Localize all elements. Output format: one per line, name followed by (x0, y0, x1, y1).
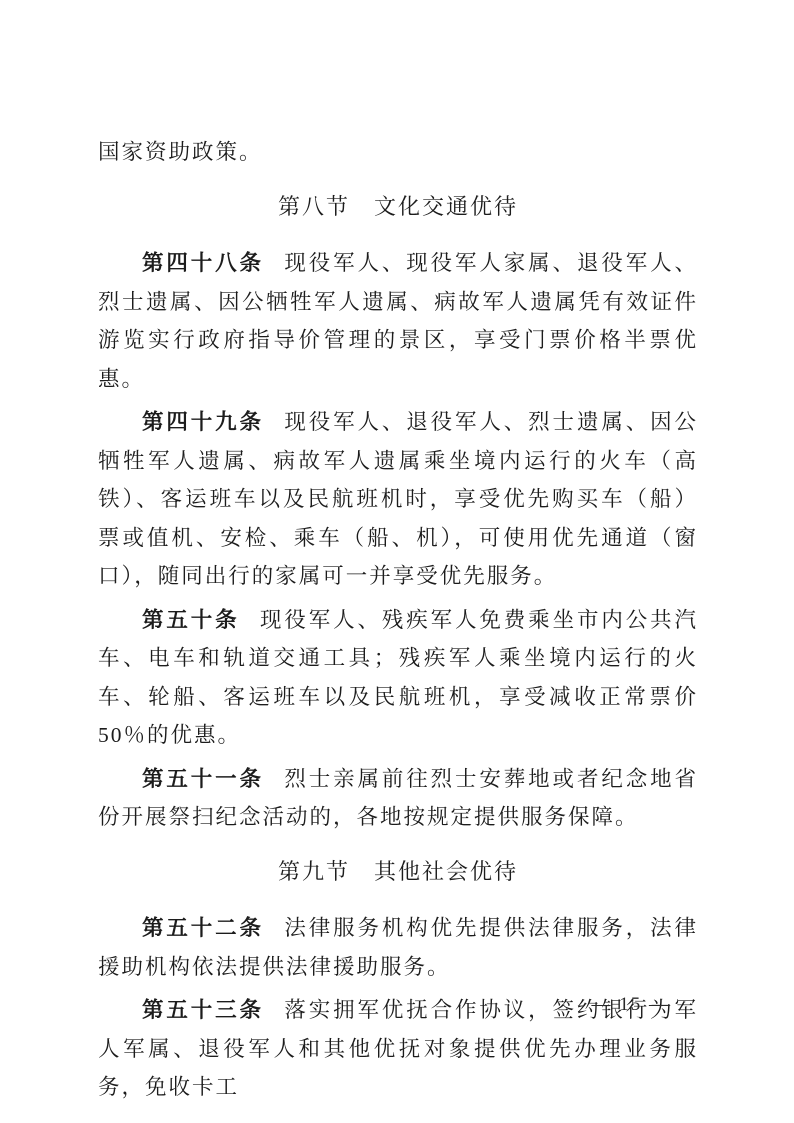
article-52-label: 第五十二条 (142, 916, 264, 940)
article-53-label: 第五十三条 (142, 998, 264, 1022)
document-page: 国家资助政策。 第八节 文化交通优待 第四十八条现役军人、现役军人家属、退役军人… (0, 0, 794, 1123)
document-body: 国家资助政策。 第八节 文化交通优待 第四十八条现役军人、现役军人家属、退役军人… (98, 133, 698, 1112)
page-footer: — 15 — (592, 994, 671, 1016)
article-48-label: 第四十八条 (142, 251, 264, 275)
article-50: 第五十条现役军人、残疾军人免费乘坐市内公共汽车、电车和轨道交通工具；残疾军人乘坐… (98, 601, 698, 755)
article-49: 第四十九条现役军人、退役军人、烈士遗属、因公牺牲军人遗属、病故军人遗属乘坐境内运… (98, 403, 698, 596)
section-8-heading: 第八节 文化交通优待 (98, 188, 698, 227)
section-9-heading: 第九节 其他社会优待 (98, 853, 698, 892)
article-50-label: 第五十条 (142, 608, 240, 632)
article-49-text: 现役军人、退役军人、烈士遗属、因公牺牲军人遗属、病故军人遗属乘坐境内运行的火车（… (98, 410, 698, 588)
continuation-paragraph: 国家资助政策。 (98, 133, 698, 172)
page-number: — 15 — (592, 994, 671, 1015)
article-51: 第五十一条烈士亲属前往烈士安葬地或者纪念地省份开展祭扫纪念活动的，各地按规定提供… (98, 760, 698, 837)
article-49-label: 第四十九条 (142, 410, 264, 434)
article-51-label: 第五十一条 (142, 767, 264, 791)
article-48: 第四十八条现役军人、现役军人家属、退役军人、烈士遗属、因公牺牲军人遗属、病故军人… (98, 244, 698, 398)
article-52: 第五十二条法律服务机构优先提供法律服务，法律援助机构依法提供法律援助服务。 (98, 909, 698, 986)
